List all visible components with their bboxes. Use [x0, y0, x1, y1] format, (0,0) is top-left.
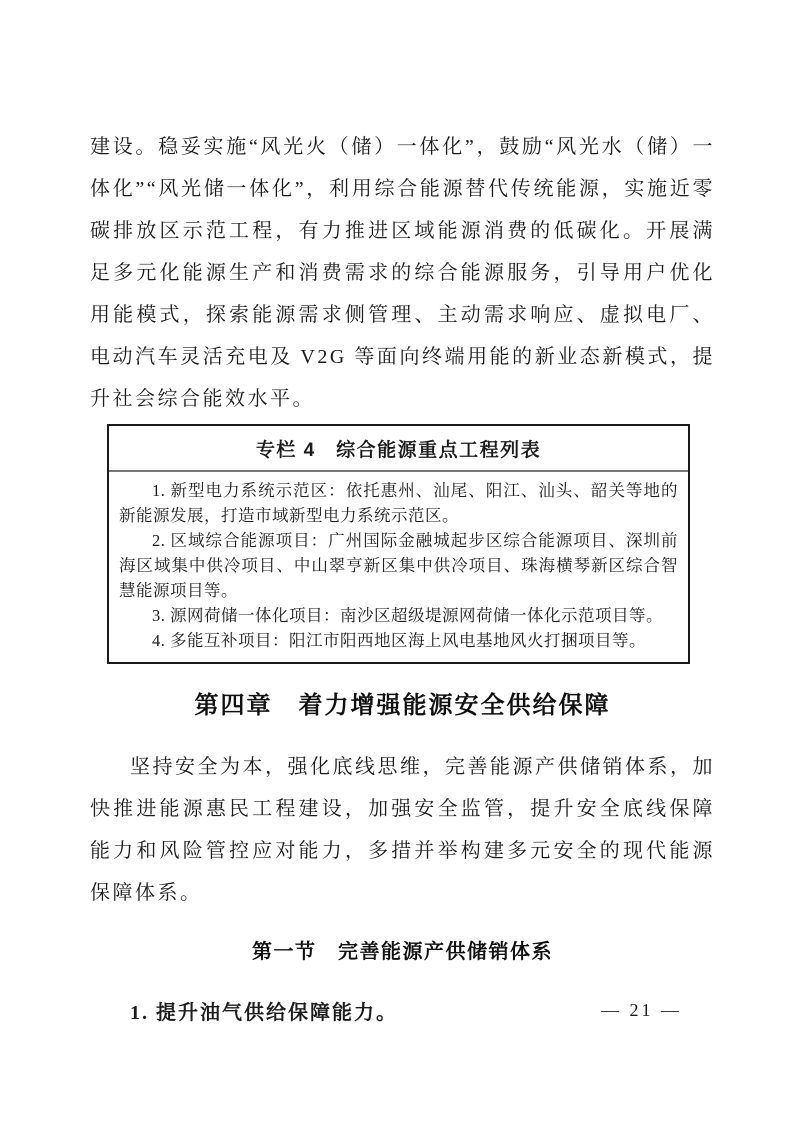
box-item-1: 1. 新型电力系统示范区：依托惠州、汕尾、阳江、汕头、韶关等地的新能源发展，打造…	[119, 478, 678, 528]
box-item-2: 2. 区域综合能源项目：广州国际金融城起步区综合能源项目、深圳前海区域集中供冷项…	[119, 528, 678, 603]
box-item-4: 4. 多能互补项目：阳江市阳西地区海上风电基地风火打捆项目等。	[119, 628, 678, 653]
document-page: 建设。稳妥实施“风光火（储）一体化”，鼓励“风光水（储）一体化”“风光储一体化”…	[0, 0, 794, 1123]
column-box-4: 专栏 4 综合能源重点工程列表 1. 新型电力系统示范区：依托惠州、汕尾、阳江、…	[107, 424, 690, 664]
column-box-title: 专栏 4 综合能源重点工程列表	[109, 426, 688, 470]
chapter-heading: 第四章 着力增强能源安全供给保障	[90, 690, 715, 722]
chapter-intro-paragraph: 坚持安全为本，强化底线思维，完善能源产供储销体系，加快推进能源惠民工程建设，加强…	[90, 746, 715, 914]
paragraph-continuation: 建设。稳妥实施“风光火（储）一体化”，鼓励“风光水（储）一体化”“风光储一体化”…	[90, 126, 715, 420]
section-heading: 第一节 完善能源产供储销体系	[90, 938, 715, 966]
page-number: — 21 —	[601, 1000, 682, 1021]
box-item-3: 3. 源网荷储一体化项目：南沙区超级堤源网荷储一体化示范项目等。	[119, 603, 678, 628]
column-box-body: 1. 新型电力系统示范区：依托惠州、汕尾、阳江、汕头、韶关等地的新能源发展，打造…	[109, 472, 688, 662]
